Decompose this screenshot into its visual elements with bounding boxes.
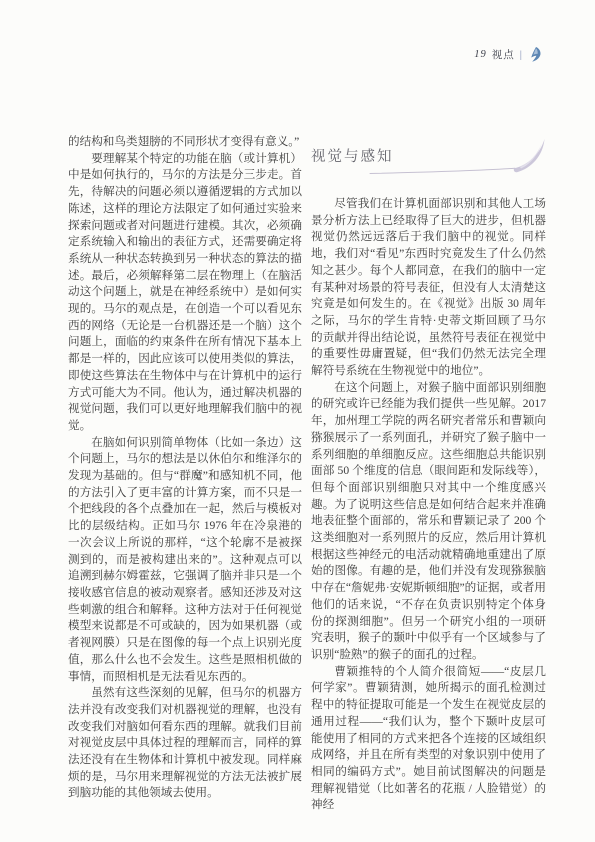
running-head: 19 视点 | [474, 46, 543, 63]
paragraph: 虽然有这些深刻的见解，但马尔的机器方法并没有改变我们对机器视觉的理解，也没有改变… [68, 685, 302, 802]
page-number: 19 [474, 49, 487, 60]
paragraph: 在脑如何识别简单物体（比如一条边）这个问题上，马尔的想法是以休伯尔和维泽尔的发现… [68, 435, 302, 686]
ink-quill-icon [528, 46, 543, 63]
paragraph: 曹颖推特的个人简介很简短——“皮层几何学家”。曹颖猜测，她所揭示的面孔检测过程中… [311, 664, 546, 814]
left-column: 的结构和鸟类翅膀的不同形状才变得有意义。” 要理解某个特定的功能在脑（或计算机）… [68, 134, 302, 814]
section-label: 视点 [492, 47, 515, 62]
right-column: 视觉与感知 尽管我们在计算机面部识别和其他人工场景分析方法上已经取得了巨大的进步… [311, 134, 546, 814]
paragraph: 尽管我们在计算机面部识别和其他人工场景分析方法上已经取得了巨大的进步，但机器视觉… [311, 196, 546, 380]
text-columns: 的结构和鸟类翅膀的不同形状才变得有意义。” 要理解某个特定的功能在脑（或计算机）… [68, 134, 546, 814]
header-divider: | [520, 48, 523, 60]
paragraph: 要理解某个特定的功能在脑（或计算机）中是如何执行的，马尔的方法是分三步走。首先，… [68, 151, 302, 435]
book-page: 19 视点 | 的结构和鸟类翅膀的不同形状才变得有意义。” 要理解某个特定的功能… [0, 0, 595, 842]
section-heading-block: 视觉与感知 [311, 147, 546, 187]
crescent-flourish-icon [368, 135, 548, 187]
paragraph: 在这个问题上，对猴子脑中面部识别细胞的研究或许已经能为我们提供一些见解。2017… [311, 380, 546, 664]
paragraph: 的结构和鸟类翅膀的不同形状才变得有意义。” [68, 134, 302, 151]
